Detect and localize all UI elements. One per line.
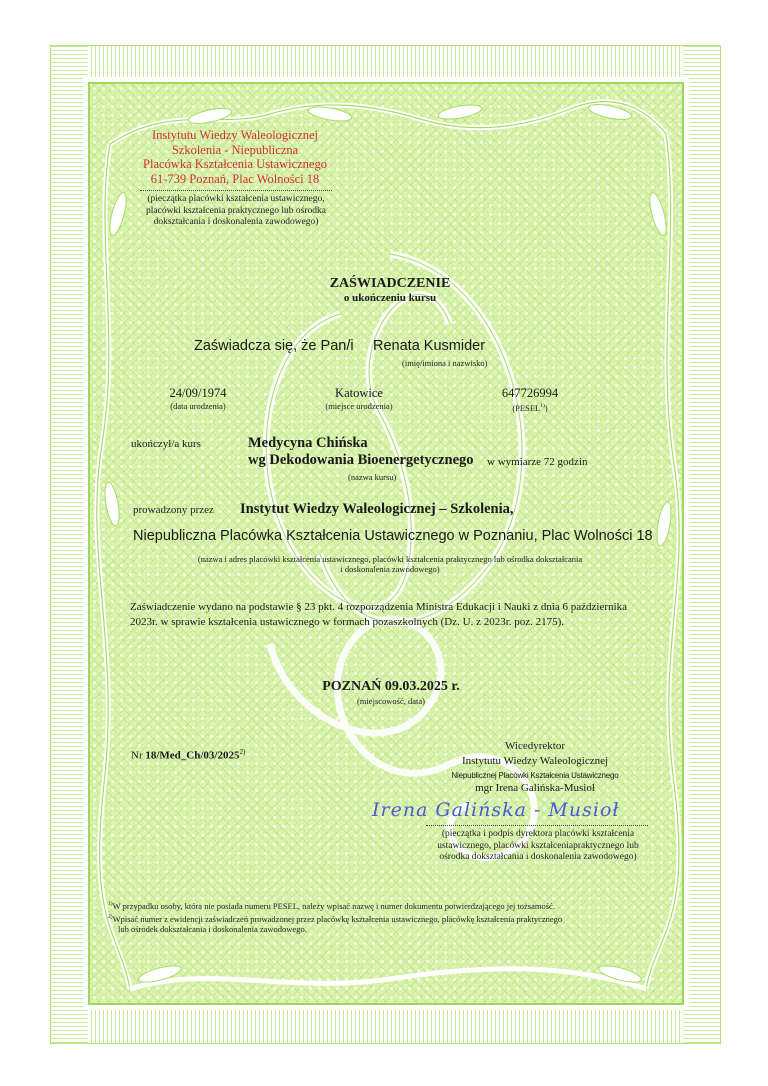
footnote-2-continuation: lub ośrodek dokształcania i doskonalenia… — [118, 924, 307, 934]
institution-stamp: Instytutu Wiedzy Waleologicznej Szkoleni… — [140, 128, 330, 186]
stamp-line: Placówka Kształcenia Ustawicznego — [140, 157, 330, 172]
institution-caption-line1: (nazwa i adres placówki kształcenia usta… — [198, 554, 582, 564]
institution-caption-line2: i doskonalenia zawodowego) — [340, 564, 439, 574]
person-name: Renata Kusmider — [373, 338, 485, 354]
stamp-caption-line: placówki kształcenia praktycznego lub oś… — [136, 206, 336, 218]
signature-caption-line: ustawicznego, placówki kształceniaprakty… — [428, 841, 648, 853]
certificate-number: Nr 18/Med_Ch/03/20252) — [131, 748, 245, 762]
legal-basis-line1: Zaświadczenie wydano na podstawie § 23 p… — [130, 601, 627, 613]
pesel-number: 647726994 — [502, 386, 558, 401]
signature-caption-line: (pieczątka i podpis dyrektora placówki k… — [428, 829, 648, 841]
pesel-caption-text: (PESEL — [512, 403, 540, 413]
stamp-line: Szkolenia - Niepubliczna — [140, 143, 330, 158]
course-caption: (nazwa kursu) — [348, 472, 396, 482]
certify-intro: Zaświadcza się, że Pan/i — [194, 338, 354, 354]
footnote-1: 1)W przypadku osoby, która nie posiada n… — [108, 899, 555, 911]
signature-dotted-line — [426, 825, 648, 826]
signatory-org-line1: Instytutu Wiedzy Waleologicznej — [462, 755, 608, 767]
stamp-caption-line: dokształcania i doskonalenia zawodowego) — [136, 217, 336, 229]
stamp-caption: (pieczątka placówki kształcenia ustawicz… — [136, 194, 336, 229]
institution-label: prowadzony przez — [133, 504, 214, 516]
signature: Irena Galińska - Musioł — [372, 799, 620, 821]
footnote-mark: 1) — [540, 403, 545, 409]
document-title: ZAŚWIADCZENIE — [330, 276, 451, 292]
border-right — [683, 46, 720, 1043]
place-date: POZNAŃ 09.03.2025 r. — [322, 679, 460, 695]
stamp-line: Instytutu Wiedzy Waleologicznej — [140, 128, 330, 143]
signatory-name: mgr Irena Galińska-Musioł — [475, 782, 595, 794]
document-subtitle: o ukończeniu kursu — [344, 292, 436, 304]
stamp-caption-line: (pieczątka placówki kształcenia ustawicz… — [136, 194, 336, 206]
stamp-dotted-line — [140, 190, 332, 191]
signatory-org-line2: Niepublicznej Placówki Kształcenia Ustaw… — [451, 771, 618, 780]
legal-basis-line2: 2023r. w sprawie kształcenia ustawiczneg… — [130, 616, 564, 628]
institution-address: Niepubliczna Placówka Kształcenia Ustawi… — [133, 528, 653, 544]
footnote-mark: 2) — [239, 748, 245, 756]
signature-caption: (pieczątka i podpis dyrektora placówki k… — [428, 829, 648, 864]
number-value: 18/Med_Ch/03/2025 — [145, 750, 239, 762]
course-name-line1: Medycyna Chińska — [248, 435, 368, 452]
course-duration: w wymiarze 72 godzin — [487, 456, 588, 468]
footnote-text: W przypadku osoby, która nie posiada num… — [113, 901, 555, 911]
birth-place-caption: (miejsce urodzenia) — [325, 401, 392, 411]
birth-place: Katowice — [335, 386, 383, 401]
footnote-text: Wpisać numer z ewidencji zaświadczeń pro… — [113, 914, 563, 924]
stamp-line: 61-739 Poznań, Plac Wolności 18 — [140, 172, 330, 187]
birth-date: 24/09/1974 — [170, 386, 227, 401]
number-prefix: Nr — [131, 750, 143, 762]
course-label: ukończył/a kurs — [131, 438, 201, 450]
course-name-line2: wg Dekodowania Bioenergetycznego — [248, 452, 474, 469]
person-name-caption: (imię/imiona i nazwisko) — [402, 358, 487, 368]
signature-caption-line: ośrodka dokształcania i doskonalenia zaw… — [428, 852, 648, 864]
signatory-role: Wicedyrektor — [505, 740, 565, 752]
footnote-2: 2)Wpisać numer z ewidencji zaświadczeń p… — [108, 912, 562, 924]
certificate-panel: Instytutu Wiedzy Waleologicznej Szkoleni… — [88, 82, 684, 1005]
birth-date-caption: (data urodzenia) — [170, 401, 225, 411]
border-left — [51, 46, 88, 1043]
place-date-caption: (miejscowość, data) — [357, 696, 425, 706]
institution-name: Instytut Wiedzy Waleologicznej – Szkolen… — [240, 501, 514, 518]
pesel-caption: (PESEL1)) — [512, 401, 547, 413]
